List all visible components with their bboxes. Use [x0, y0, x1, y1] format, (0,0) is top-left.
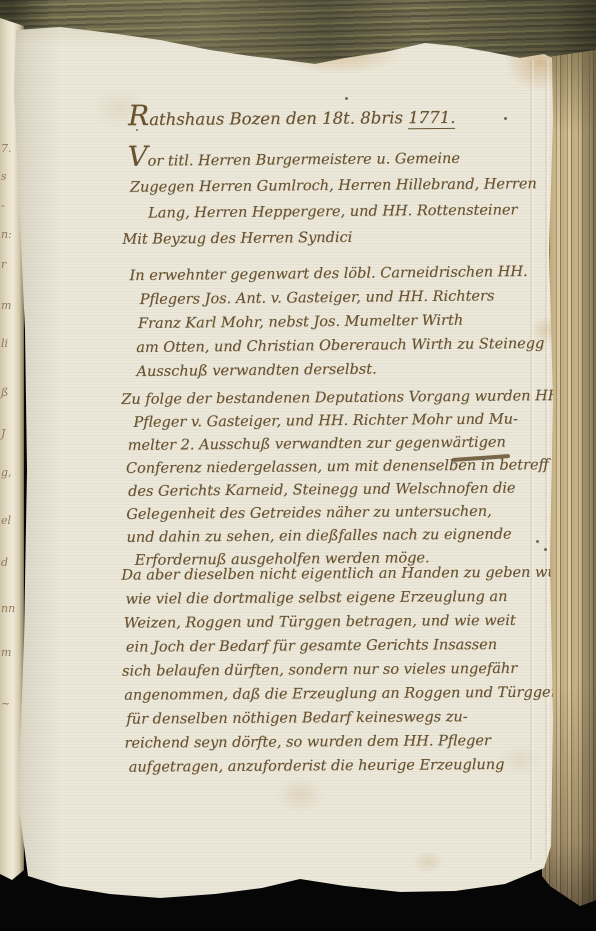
paragraph-grain-report: Da aber dieselben nicht eigentlich an Ha… [117, 560, 596, 779]
text-line: sich belaufen dürften, sondern nur so vi… [122, 656, 596, 683]
ink-speck [504, 117, 507, 120]
margin-fragment: m [1, 646, 11, 659]
text-line: am Otten, und Christian Obererauch Wirth… [136, 332, 544, 360]
text-line: Vor titl. Herren Burgermeistere u. Gemei… [128, 140, 537, 175]
text-line: für denselben nöthigen Bedarf keineswegs… [126, 704, 596, 731]
heading-text: Rathshaus Bozen den 18t. 8bris [128, 108, 408, 129]
text-line: Weizen, Roggen und Türggen betragen, und… [124, 608, 596, 635]
margin-fragment: li [1, 337, 8, 350]
margin-fragment: r [1, 258, 6, 271]
text-line: Ausschuß verwandten derselbst. [136, 356, 544, 384]
paragraph-attendance: Vor titl. Herren Burgermeistere u. Gemei… [120, 140, 538, 253]
margin-fragment: m [1, 299, 11, 312]
paragraph-conference: Zu folge der bestandenen Deputations Vor… [117, 385, 566, 573]
margin-fragment: d [1, 556, 8, 569]
heading-place-date: Rathshaus Bozen den 18t. 8bris 1771. [128, 97, 456, 132]
manuscript-page: 130. Rathshaus Bozen den 18t. 8bris 1771… [0, 0, 596, 931]
text-line: aufgetragen, anzuforderist die heurige E… [129, 752, 596, 779]
margin-fragment: el [1, 514, 11, 527]
text-line: Pflegers Jos. Ant. v. Gasteiger, und HH.… [140, 284, 544, 312]
scanned-manuscript: { "document": { "folio_number": "130.", … [0, 0, 596, 931]
text-line: Da aber dieselben nicht eigentlich an Ha… [121, 560, 595, 587]
text-line: Mit Beyzug des Herren Syndici [122, 223, 537, 253]
text-line: des Gerichts Karneid, Steinegg und Welsc… [128, 477, 566, 504]
text-line: reichend seyn dörfte, so wurden dem HH. … [124, 728, 596, 755]
paragraph-presence: In erwehnter gegenwart des löbl. Carneid… [119, 260, 544, 384]
text-line: ein Joch der Bedarf für gesamte Gerichts… [126, 632, 596, 659]
text-line: wie viel die dortmalige selbst eigene Er… [125, 584, 595, 611]
margin-fragment: g, [1, 466, 12, 479]
text-line: Zugegen Herren Gumlroch, Herren Hillebra… [130, 171, 537, 201]
heading-year-underlined: 1771. [408, 108, 455, 129]
margin-fragment: s [1, 170, 7, 183]
margin-fragment: J [1, 427, 5, 440]
margin-fragment: - [1, 199, 5, 212]
margin-fragment: n: [1, 228, 12, 241]
text-line: Lang, Herren Heppergere, und HH. Rottens… [148, 197, 537, 226]
margin-fragment: 7. [1, 142, 12, 155]
margin-fragment: nn [1, 602, 15, 615]
margin-fragment: ß [1, 386, 8, 399]
text-line: und dahin zu sehen, ein dießfalles nach … [126, 523, 566, 550]
text-line: angenommen, daß die Erzeuglung an Roggen… [124, 680, 596, 707]
margin-fragment: ~ [1, 697, 10, 710]
